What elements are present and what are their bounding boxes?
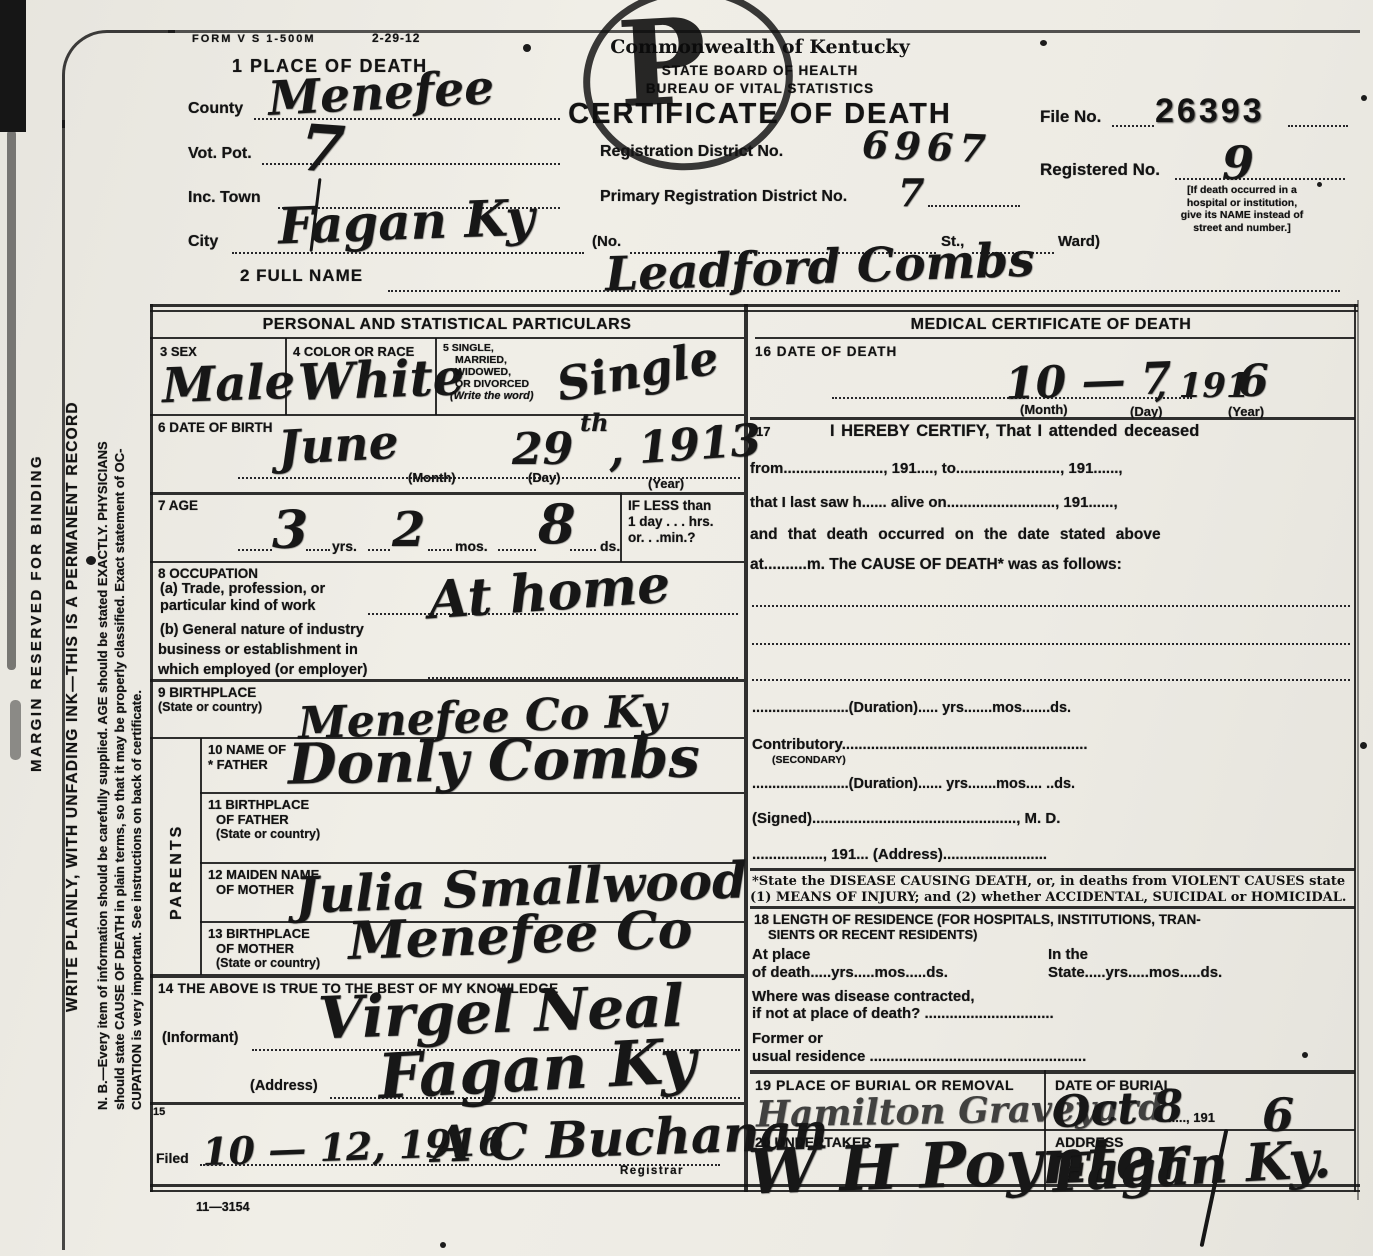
mother-birthplace-label-line1: 13 BIRTHPLACE (208, 926, 310, 941)
age-label: 7 AGE (158, 498, 198, 513)
contracted-line1: Where was disease contracted, (752, 988, 975, 1005)
primary-district-label: Primary Registration District No. (600, 188, 847, 206)
cell-border (285, 338, 287, 415)
burial-top-rule (750, 1070, 1355, 1074)
row-rule (200, 792, 744, 794)
dob-day-label: (Day) (528, 470, 561, 485)
certify-occurred-line: and that death occurred on the date stat… (750, 526, 1161, 544)
certify-saw-line: that I last saw h...... alive on........… (750, 494, 1118, 511)
dob-month-label: (Month) (408, 470, 456, 485)
margin-nb-line2: should state CAUSE OF DEATH in plain ter… (111, 441, 128, 1110)
page-border-right (1357, 300, 1359, 1200)
inc-town-label: Inc. Town (188, 189, 261, 207)
registration-district-value: 6967 (861, 122, 992, 172)
in-the-line1: In the (1048, 946, 1088, 963)
section-divider (150, 304, 1358, 307)
cause-blank-line2 (752, 642, 1350, 645)
plate-number: 11—3154 (196, 1200, 250, 1214)
file-no-leader-right (1288, 124, 1348, 127)
file-no-value: 26393 (1155, 92, 1265, 131)
in-the-line2: State.....yrs.....mos.....ds. (1048, 964, 1222, 981)
scan-speck (1360, 742, 1367, 749)
occupation-b-line2: business or establishment in (158, 642, 358, 658)
informant-address-label: (Address) (250, 1078, 318, 1094)
footnote-bottom-rule (750, 906, 1355, 909)
hospital-note-line4: street and number.] (1133, 222, 1351, 235)
hospital-note-line2: hospital or institution, (1133, 197, 1351, 210)
cell-border (620, 493, 622, 562)
father-name-label-line1: 10 NAME OF (208, 742, 286, 757)
sex-value: Male (161, 354, 296, 415)
former-residence-line1: Former or (752, 1030, 823, 1047)
mother-birthplace-label-line3: (State or country) (216, 956, 320, 970)
father-birthplace-label-line3: (State or country) (216, 827, 320, 841)
scan-speck (440, 1242, 446, 1248)
dob-day-suffix: th (580, 408, 609, 437)
race-value: White (297, 347, 465, 412)
county-label: County (188, 100, 243, 118)
age-mos-label: mos. (455, 538, 488, 554)
form-code-date: 2-29-12 (372, 31, 420, 45)
registered-no-leader (1175, 177, 1345, 180)
certify-statement: I HEREBY CERTIFY, That I attended deceas… (830, 422, 1199, 441)
father-birthplace-label-line2: OF FATHER (216, 812, 289, 827)
ward-label: Ward) (1058, 233, 1100, 250)
age-leader1 (238, 548, 272, 551)
if-less-line1: IF LESS than (628, 498, 711, 513)
scan-speck (523, 44, 531, 52)
occupation-a-line2: particular kind of work (160, 598, 316, 614)
residence-label-line2: SIENTS OR RECENT RESIDENTS) (768, 927, 977, 942)
birthplace-note: (State or country) (158, 700, 262, 714)
dod-month-label: (Month) (1020, 402, 1068, 417)
occupation-a-line1: (a) Trade, profession, or (160, 581, 325, 597)
if-less-line3: or. . .min.? (628, 530, 696, 545)
age-ds-label: ds. (600, 538, 620, 554)
residence-label-line1: 18 LENGTH OF RESIDENCE (FOR HOSPITALS, I… (754, 912, 1201, 927)
dod-rule (750, 417, 1355, 420)
margin-nb-note: N. B.—Every item of information should b… (94, 441, 145, 1110)
vot-pot-label: Vot. Pot. (188, 145, 252, 163)
at-place-line1: At place (752, 946, 810, 963)
cause-blank-line1 (752, 604, 1350, 607)
parents-label: PARENTS (168, 824, 186, 920)
former-residence-line2: usual residence ........................… (752, 1048, 1086, 1065)
mother-birthplace-label-line2: OF MOTHER (216, 941, 294, 956)
scan-speck (1361, 95, 1367, 101)
hospital-note: [If death occurred in a hospital or inst… (1133, 184, 1351, 234)
dob-month-value: June (277, 415, 400, 476)
age-days-value: 8 (538, 492, 576, 556)
personal-section-title: PERSONAL AND STATISTICAL PARTICULARS (150, 316, 744, 334)
age-leader2 (306, 548, 330, 551)
informant-label: (Informant) (162, 1030, 239, 1046)
marital-value: Single (553, 330, 723, 411)
margin-nb-line1: N. B.—Every item of information should b… (94, 441, 111, 1110)
parents-cell-border (200, 738, 202, 975)
scan-artifact (10, 700, 21, 760)
registered-no-value: 9 (1222, 136, 1254, 190)
marital-label-line1: 5 SINGLE, (443, 342, 494, 354)
signed-address-line: ................., 191... (Address).....… (752, 846, 1047, 863)
registration-district-label: Registration District No. (600, 143, 783, 161)
dob-year-value: , 1913 (606, 415, 762, 477)
age-leader3 (368, 548, 390, 551)
dob-label: 6 DATE OF BIRTH (158, 420, 273, 435)
full-name-label: 2 FULL NAME (240, 266, 363, 286)
occupation-label: 8 OCCUPATION (158, 566, 258, 581)
row-rule (150, 414, 744, 416)
city-label: City (188, 233, 218, 251)
footnote-top-rule (750, 868, 1355, 871)
certify-from-line: from........................, 191...., t… (750, 460, 1123, 477)
section-divider (150, 310, 1358, 312)
filed-row-number: 15 (153, 1106, 165, 1118)
age-yrs-label: yrs. (332, 538, 357, 554)
father-name-label-line2: * FATHER (208, 757, 268, 772)
informant-address-value: Fagan Ky (376, 1024, 698, 1114)
vot-pot-value: 7 (297, 111, 347, 189)
occupation-value: At home (426, 554, 672, 632)
margin-permanent-note: WRITE PLAINLY, WITH UNFADING INK—THIS IS… (64, 401, 82, 1012)
date-of-death-print-year: , 191 (1155, 366, 1250, 406)
duration-line2: ........................(Duration)......… (752, 776, 1075, 792)
hospital-note-line1: [If death occurred in a (1133, 184, 1351, 197)
occupation-b-line3: which employed (or employer) (158, 662, 368, 678)
scan-speck (1040, 40, 1047, 46)
occupation-b-line1: (b) General nature of industry (160, 622, 364, 638)
hospital-note-line3: give its NAME instead of (1133, 209, 1351, 222)
father-name-value: Donly Combs (287, 724, 700, 797)
signed-line: (Signed)................................… (752, 810, 1060, 827)
table-right-border (1354, 304, 1356, 1192)
cell-border (435, 338, 437, 415)
duration-line1: ........................(Duration)..... … (752, 700, 1071, 716)
primary-district-leader (928, 204, 1020, 207)
contributory-line: Contributory............................… (752, 736, 1088, 753)
marital-label-line5: (Write the word) (450, 390, 534, 402)
dob-year-label: (Year) (648, 476, 684, 491)
if-less-line2: 1 day . . . hrs. (628, 514, 714, 529)
p-stamp-letter: P (615, 6, 709, 120)
medical-title-rule (755, 337, 1355, 339)
date-of-death-year-digit: 6 (1238, 356, 1269, 407)
mother-name-label-line2: OF MOTHER (216, 882, 294, 897)
dob-day-value: 29 (512, 424, 573, 475)
medical-section-title: MEDICAL CERTIFICATE OF DEATH (748, 316, 1354, 334)
file-no-label: File No. (1040, 107, 1101, 127)
cause-footnote-line1: *State the DISEASE CAUSING DEATH, or, in… (752, 874, 1345, 889)
mother-birthplace-value: Menefee Co (347, 899, 693, 972)
margin-nb-line3: CUPATION is very important. See instruct… (128, 441, 145, 1110)
marital-label-line3: WIDOWED, (455, 366, 511, 378)
cause-footnote-line2: (1) MEANS OF INJURY; and (2) whether ACC… (750, 890, 1346, 905)
cause-blank-line3 (752, 678, 1350, 681)
father-birthplace-label-line1: 11 BIRTHPLACE (208, 797, 309, 812)
scan-speck (1302, 1052, 1308, 1058)
at-place-line2: of death.....yrs.....mos.....ds. (752, 964, 948, 981)
contracted-line2: if not at place of death? ..............… (752, 1005, 1054, 1022)
file-no-leader-left (1112, 124, 1154, 127)
personal-title-rule (150, 337, 744, 339)
marital-label-line4: OR DIVORCED (455, 378, 529, 390)
page-border-corner (62, 30, 175, 128)
primary-district-value: 7 (898, 170, 924, 215)
birthplace-label: 9 BIRTHPLACE (158, 685, 256, 700)
table-left-border (150, 304, 153, 1192)
certify-row-number: 17 (756, 424, 770, 439)
date-of-death-label: 16 DATE OF DEATH (755, 344, 897, 359)
age-leader5 (498, 548, 536, 551)
registrar-label: Registrar (620, 1165, 684, 1177)
marital-label-line2: MARRIED, (455, 354, 507, 366)
filed-label: Filed (156, 1150, 189, 1166)
age-years-value: 3 (272, 500, 308, 561)
death-certificate-scan: MARGIN RESERVED FOR BINDING WRITE PLAINL… (0, 0, 1373, 1256)
age-leader6 (570, 548, 596, 551)
margin-binding-note: MARGIN RESERVED FOR BINDING (28, 454, 45, 772)
registered-no-label: Registered No. (1040, 160, 1160, 180)
age-months-value: 2 (392, 502, 425, 558)
form-code: FORM V S 1-500M (192, 33, 316, 45)
age-leader4 (428, 548, 452, 551)
scan-artifact (7, 130, 16, 670)
scan-artifact (0, 0, 26, 132)
row-rule (150, 1102, 744, 1105)
row-rule (150, 679, 744, 682)
cause-of-death-line: at..........m. The CAUSE OF DEATH* was a… (750, 556, 1122, 574)
row-rule (150, 492, 744, 495)
city-value: Fagan Ky (277, 188, 535, 256)
secondary-label: (SECONDARY) (772, 754, 846, 766)
